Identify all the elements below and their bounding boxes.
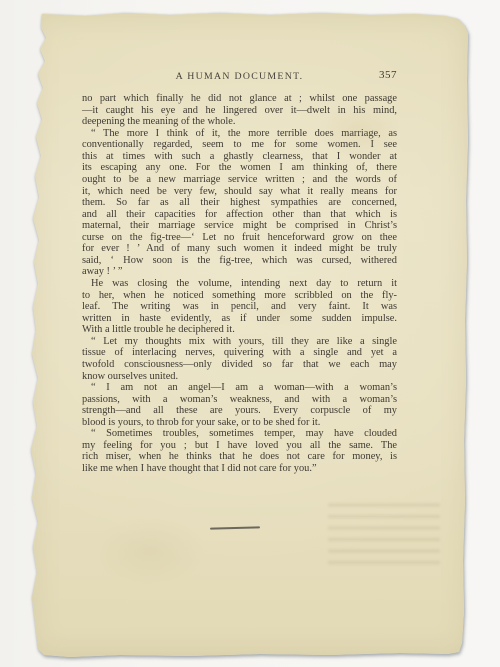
paragraph: “ Let my thoughts mix with yours, till t… xyxy=(82,336,397,382)
scanner-background: A HUMAN DOCUMENT. 357 no part which fina… xyxy=(0,0,500,667)
text-line: “ The more I think of it, the more terri… xyxy=(82,128,397,140)
text-line: maternal, their marriage service might b… xyxy=(82,220,397,232)
text-line: this at times with such a ghastly clearn… xyxy=(82,151,397,163)
text-line: away ! ’ ” xyxy=(82,266,397,278)
text-line: “ Let my thoughts mix with yours, till t… xyxy=(82,336,397,348)
text-line: —it caught his eye and he lingered over … xyxy=(82,105,397,117)
body-text: no part which finally he did not glance … xyxy=(82,93,397,475)
text-line: strength—and all these are yours. Every … xyxy=(82,405,397,417)
text-line: it, which need be very few, should say w… xyxy=(82,186,397,198)
paragraph: He was closing the volume, intending nex… xyxy=(82,278,397,336)
section-divider-rule xyxy=(210,526,260,529)
text-line: to her, when he noticed something more s… xyxy=(82,290,397,302)
paragraph: “ The more I think of it, the more terri… xyxy=(82,128,397,278)
text-line: “ Sometimes troubles, sometimes temper, … xyxy=(82,428,397,440)
text-line: its escaping any one. For the women I am… xyxy=(82,162,397,174)
show-through-ghost-text xyxy=(328,503,440,567)
text-line: leaf. The writing was in pencil, and ver… xyxy=(82,301,397,313)
text-line: twofold consciousness—only divided so fa… xyxy=(82,359,397,371)
text-line: them. So far as all their highest sympat… xyxy=(82,197,397,209)
paragraph: “ I am not an angel—I am a woman—with a … xyxy=(82,382,397,428)
page-header: A HUMAN DOCUMENT. 357 xyxy=(82,70,397,83)
text-line: said, ‘ How soon is the fig-tree, which … xyxy=(82,255,397,267)
text-line: conventionally regarded, seem to me for … xyxy=(82,139,397,151)
text-line: for ever ! ’ And of many such women it i… xyxy=(82,243,397,255)
text-line: ought to be a new marriage service writt… xyxy=(82,174,397,186)
text-line: rich miser, when he thinks that he does … xyxy=(82,451,397,463)
paragraph: no part which finally he did not glance … xyxy=(82,93,397,128)
text-line: “ I am not an angel—I am a woman—with a … xyxy=(82,382,397,394)
paper-sheet: A HUMAN DOCUMENT. 357 no part which fina… xyxy=(30,11,470,657)
page-number: 357 xyxy=(379,69,397,82)
text-line: and all their capacities for affection o… xyxy=(82,209,397,221)
text-line: With a little trouble he deciphered it. xyxy=(82,324,397,336)
book-page: A HUMAN DOCUMENT. 357 no part which fina… xyxy=(30,11,470,657)
text-line: know ourselves united. xyxy=(82,371,397,383)
text-line: He was closing the volume, intending nex… xyxy=(82,278,397,290)
text-line: like me when I have thought that I did n… xyxy=(82,463,397,475)
running-title: A HUMAN DOCUMENT. xyxy=(82,70,397,83)
paragraph: “ Sometimes troubles, sometimes temper, … xyxy=(82,428,397,474)
text-line: my feeling for you ; but I have loved yo… xyxy=(82,440,397,452)
text-line: tissue of interlacing nerves, quivering … xyxy=(82,347,397,359)
text-line: curse on the fig-tree—‘ Let no fruit hen… xyxy=(82,232,397,244)
text-line: passions, with a woman’s weakness, and w… xyxy=(82,394,397,406)
text-line: blood is yours, to throb for your sake, … xyxy=(82,417,397,429)
text-line: deepening the meaning of the whole. xyxy=(82,116,397,128)
text-line: written in haste evidently, as if under … xyxy=(82,313,397,325)
text-line: no part which finally he did not glance … xyxy=(82,93,397,105)
